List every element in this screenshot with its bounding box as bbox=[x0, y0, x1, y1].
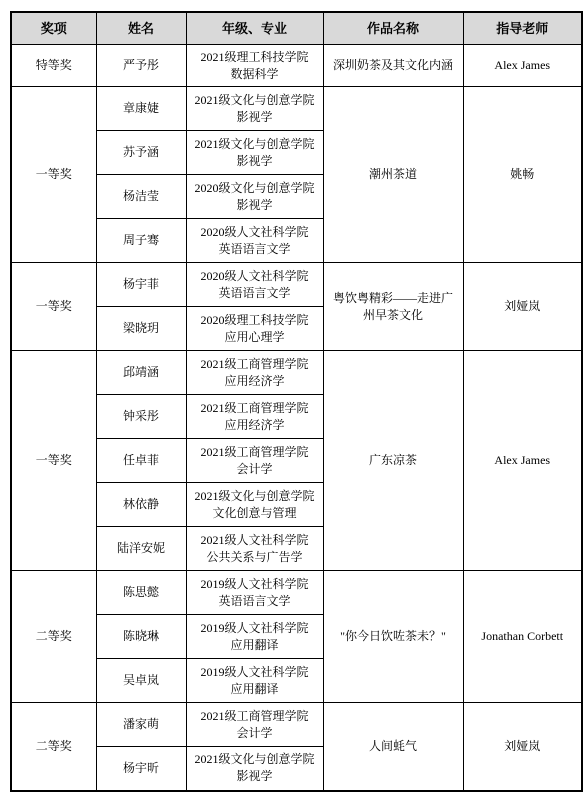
program-cell: 2019级人文社科学院 英语语言文学 bbox=[186, 571, 323, 615]
program-cell: 2020级理工科技学院 应用心理学 bbox=[186, 307, 323, 351]
program-cell: 2019级人文社科学院 应用翻译 bbox=[186, 659, 323, 703]
program-cell: 2021级工商管理学院 会计学 bbox=[186, 703, 323, 747]
program-cell: 2021级工商管理学院 会计学 bbox=[186, 439, 323, 483]
award-cell: 特等奖 bbox=[11, 45, 96, 87]
awards-table: 奖项 姓名 年级、专业 作品名称 指导老师 特等奖 严予彤 2021级理工科技学… bbox=[10, 11, 583, 792]
name-cell: 杨宇菲 bbox=[96, 263, 186, 307]
name-cell: 邱靖涵 bbox=[96, 351, 186, 395]
table-row: 二等奖 陈思懿 2019级人文社科学院 英语语言文学 "你今日饮咗茶未？" Jo… bbox=[11, 571, 582, 615]
name-cell: 林依静 bbox=[96, 483, 186, 527]
name-cell: 严予彤 bbox=[96, 45, 186, 87]
name-cell: 陈思懿 bbox=[96, 571, 186, 615]
award-cell: 一等奖 bbox=[11, 351, 96, 571]
header-cell-award: 奖项 bbox=[11, 12, 96, 45]
header-cell-work: 作品名称 bbox=[323, 12, 463, 45]
award-cell: 二等奖 bbox=[11, 703, 96, 791]
header-row: 奖项 姓名 年级、专业 作品名称 指导老师 bbox=[11, 12, 582, 45]
program-cell: 2021级工商管理学院 应用经济学 bbox=[186, 351, 323, 395]
name-cell: 周子骞 bbox=[96, 219, 186, 263]
advisor-cell: Alex James bbox=[463, 45, 582, 87]
work-cell: 人间蚝气 bbox=[323, 703, 463, 791]
work-cell: 广东凉茶 bbox=[323, 351, 463, 571]
work-cell: 粤饮粤精彩——走进广 州早茶文化 bbox=[323, 263, 463, 351]
table-row: 一等奖 邱靖涵 2021级工商管理学院 应用经济学 广东凉茶 Alex Jame… bbox=[11, 351, 582, 395]
table-row: 二等奖 潘家萌 2021级工商管理学院 会计学 人间蚝气 刘娅岚 bbox=[11, 703, 582, 747]
name-cell: 杨洁莹 bbox=[96, 175, 186, 219]
advisor-cell: Alex James bbox=[463, 351, 582, 571]
advisor-cell: Jonathan Corbett bbox=[463, 571, 582, 703]
program-cell: 2019级人文社科学院 应用翻译 bbox=[186, 615, 323, 659]
program-cell: 2021级理工科技学院 数据科学 bbox=[186, 45, 323, 87]
program-cell: 2021级工商管理学院 应用经济学 bbox=[186, 395, 323, 439]
award-cell: 二等奖 bbox=[11, 571, 96, 703]
program-cell: 2021级文化与创意学院 影视学 bbox=[186, 131, 323, 175]
advisor-cell: 刘娅岚 bbox=[463, 703, 582, 791]
table-row: 一等奖 杨宇菲 2020级人文社科学院 英语语言文学 粤饮粤精彩——走进广 州早… bbox=[11, 263, 582, 307]
program-cell: 2021级文化与创意学院 影视学 bbox=[186, 87, 323, 131]
name-cell: 钟采彤 bbox=[96, 395, 186, 439]
header-cell-advisor: 指导老师 bbox=[463, 12, 582, 45]
table-row: 特等奖 严予彤 2021级理工科技学院 数据科学 深圳奶茶及其文化内涵 Alex… bbox=[11, 45, 582, 87]
award-cell: 一等奖 bbox=[11, 87, 96, 263]
work-cell: 深圳奶茶及其文化内涵 bbox=[323, 45, 463, 87]
advisor-cell: 姚畅 bbox=[463, 87, 582, 263]
program-cell: 2020级人文社科学院 英语语言文学 bbox=[186, 219, 323, 263]
program-cell: 2021级文化与创意学院 文化创意与管理 bbox=[186, 483, 323, 527]
header-cell-program: 年级、专业 bbox=[186, 12, 323, 45]
header-cell-name: 姓名 bbox=[96, 12, 186, 45]
name-cell: 任卓菲 bbox=[96, 439, 186, 483]
name-cell: 苏予涵 bbox=[96, 131, 186, 175]
program-cell: 2020级人文社科学院 英语语言文学 bbox=[186, 263, 323, 307]
name-cell: 陆洋安妮 bbox=[96, 527, 186, 571]
program-cell: 2021级人文社科学院 公共关系与广告学 bbox=[186, 527, 323, 571]
advisor-cell: 刘娅岚 bbox=[463, 263, 582, 351]
work-cell: "你今日饮咗茶未？" bbox=[323, 571, 463, 703]
name-cell: 陈晓琳 bbox=[96, 615, 186, 659]
name-cell: 杨宇昕 bbox=[96, 747, 186, 791]
name-cell: 章康婕 bbox=[96, 87, 186, 131]
table-row: 一等奖 章康婕 2021级文化与创意学院 影视学 潮州茶道 姚畅 bbox=[11, 87, 582, 131]
name-cell: 吴卓岚 bbox=[96, 659, 186, 703]
award-cell: 一等奖 bbox=[11, 263, 96, 351]
program-cell: 2020级文化与创意学院 影视学 bbox=[186, 175, 323, 219]
program-cell: 2021级文化与创意学院 影视学 bbox=[186, 747, 323, 791]
name-cell: 潘家萌 bbox=[96, 703, 186, 747]
name-cell: 梁晓玥 bbox=[96, 307, 186, 351]
work-cell: 潮州茶道 bbox=[323, 87, 463, 263]
